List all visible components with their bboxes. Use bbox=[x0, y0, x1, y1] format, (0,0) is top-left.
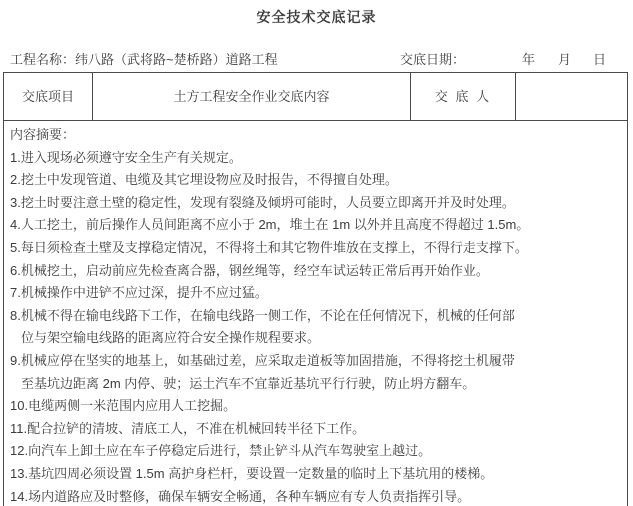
date-day-label: 日 bbox=[593, 51, 606, 69]
disclosure-item-label-cell: 交底项目 bbox=[4, 73, 93, 120]
project-name-value: 纬八路（武将路~楚桥路）道路工程 bbox=[75, 52, 278, 67]
content-line: 14.场内道路应及时整修，确保车辆安全畅通，各种车辆应有专人负责指挥引导。 bbox=[10, 486, 627, 506]
project-name-label: 工程名称： bbox=[10, 52, 75, 67]
content-line: 5.每日须检查土壁及支撑稳定情况，不得将土和其它物件堆放在支撑上，不得行走支撑下… bbox=[10, 237, 627, 260]
disclosure-date-label: 交底日期： bbox=[400, 51, 465, 69]
date-year-label: 年 bbox=[522, 51, 535, 69]
content-line: 11.配合拉铲的清坡、清底工人，不准在机械回转半径下工作。 bbox=[10, 418, 627, 441]
content-line: 10.电缆两侧一米范围内应用人工挖掘。 bbox=[10, 395, 627, 418]
content-line: 7.机械操作中进铲不应过深，提升不应过猛。 bbox=[10, 282, 627, 305]
content-line: 3.挖土时要注意土壁的稳定性，发现有裂缝及倾坍可能时，人员要立即离开并及时处理。 bbox=[10, 192, 627, 215]
content-line: 12.向汽车上卸土应在车子停稳定后进行，禁止铲斗从汽车驾驶室上越过。 bbox=[10, 440, 627, 463]
content-summary-heading: 内容摘要： bbox=[10, 124, 627, 147]
content-line: 9.机械应停在坚实的地基上，如基础过差，应采取走道板等加固措施，不得将挖土机履带 bbox=[10, 350, 627, 373]
content-line: 4.人工挖土，前后操作人员间距离不应小于 2m，堆土在 1m 以外并且高度不得超… bbox=[10, 214, 627, 237]
document-page: 安全技术交底记录 工程名称：纬八路（武将路~楚桥路）道路工程 交底日期： 年 月… bbox=[0, 0, 633, 506]
disclosure-table: 交底项目 土方工程安全作业交底内容 交 底 人 内容摘要： 1.进入现场必须遵守… bbox=[3, 72, 628, 506]
discloser-value-cell bbox=[516, 73, 627, 120]
content-line: 6.机械挖土，启动前应先检查离合器，钢丝绳等，经空车试运转正常后再开始作业。 bbox=[10, 260, 627, 283]
document-title: 安全技术交底记录 bbox=[0, 7, 633, 27]
disclosure-item-value-cell: 土方工程安全作业交底内容 bbox=[93, 73, 411, 120]
date-month-label: 月 bbox=[558, 51, 571, 69]
table-header-row: 交底项目 土方工程安全作业交底内容 交 底 人 bbox=[4, 73, 627, 121]
content-lines: 1.进入现场必须遵守安全生产有关规定。2.挖土中发现管道、电缆及其它埋设物应及时… bbox=[10, 147, 627, 506]
content-line: 8.机械不得在输电线路下工作，在输电线路一侧工作，不论在任何情况下，机械的任何部 bbox=[10, 305, 627, 328]
project-name: 工程名称：纬八路（武将路~楚桥路）道路工程 bbox=[10, 51, 278, 69]
content-line: 1.进入现场必须遵守安全生产有关规定。 bbox=[10, 147, 627, 170]
meta-row: 工程名称：纬八路（武将路~楚桥路）道路工程 交底日期： 年 月 日 bbox=[10, 51, 630, 69]
discloser-label-cell: 交 底 人 bbox=[411, 73, 516, 120]
content-line: 至基坑边距离 2m 内停、驶；运土汽车不宜靠近基坑平行行驶，防止坍方翻车。 bbox=[10, 373, 627, 396]
content-line: 2.挖土中发现管道、电缆及其它埋设物应及时报告，不得擅自处理。 bbox=[10, 169, 627, 192]
content-summary-cell: 内容摘要： 1.进入现场必须遵守安全生产有关规定。2.挖土中发现管道、电缆及其它… bbox=[4, 121, 627, 506]
content-line: 13.基坑四周必须设置 1.5m 高护身栏杆，要设置一定数量的临时上下基坑用的楼… bbox=[10, 463, 627, 486]
content-line: 位与架空输电线路的距离应符合安全操作规程要求。 bbox=[10, 327, 627, 350]
